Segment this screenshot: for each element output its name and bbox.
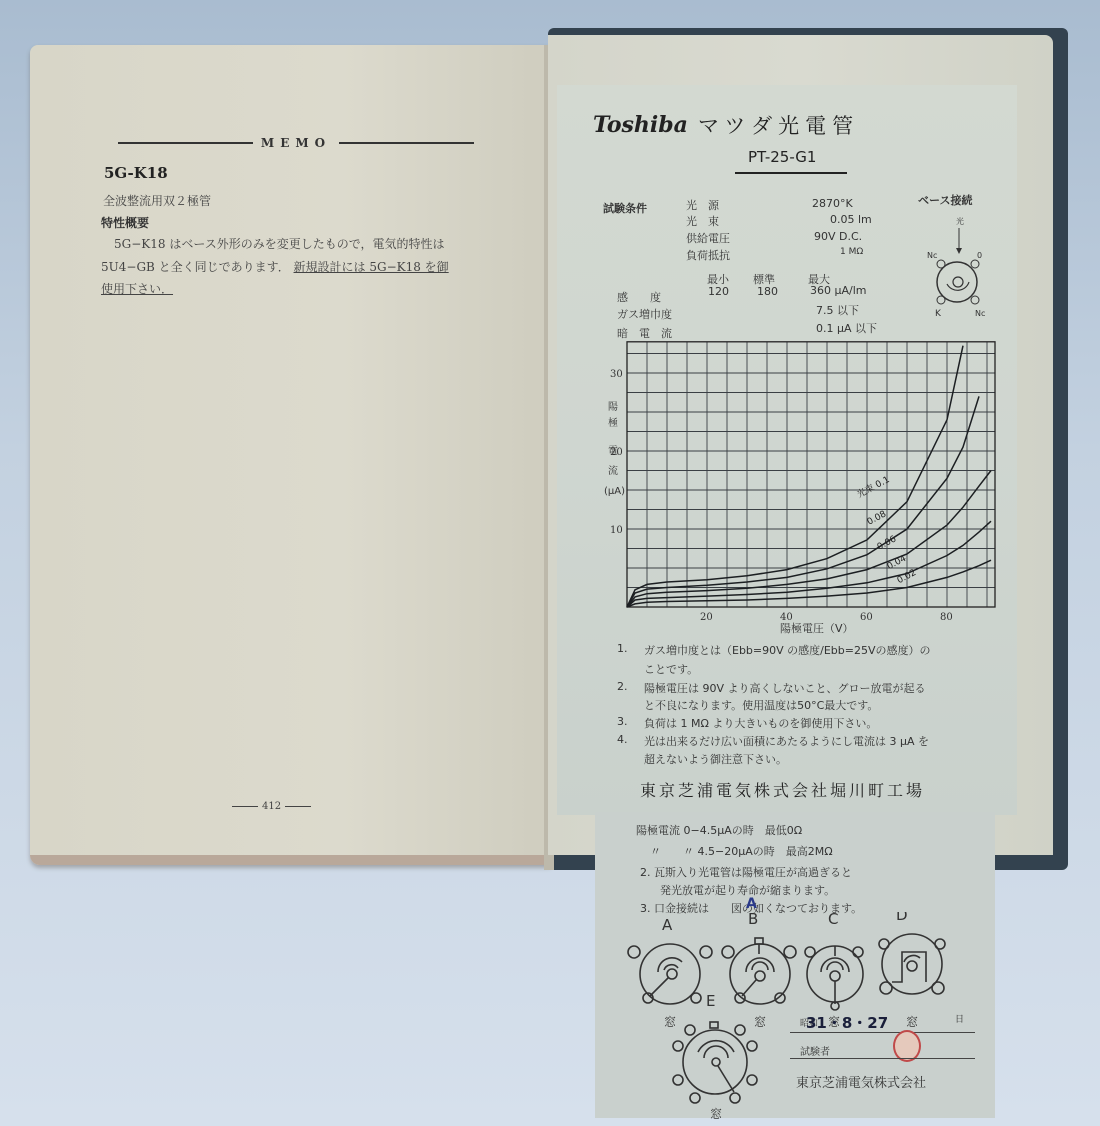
brand-logo: Toshiba — [593, 112, 688, 138]
spec-max: 0.1 μA 以下 — [816, 320, 877, 336]
spec-label: 感 度 — [617, 289, 661, 305]
svg-text:Nc: Nc — [975, 309, 985, 318]
chart-grid — [627, 342, 995, 607]
divider — [285, 806, 311, 807]
spec-label: ガス増巾度 — [617, 306, 672, 322]
svg-text:K: K — [935, 309, 942, 319]
svg-text:光: 光 — [956, 216, 964, 226]
slip-text: 〃 〃 4.5−20μAの時 最高2MΩ — [650, 843, 833, 859]
note-text: ガス増巾度とは（Ebb=90V の感度/Ebb=25Vの感度）の — [644, 642, 931, 658]
page-number: 412 — [232, 801, 311, 812]
note-number: 1. — [617, 642, 628, 655]
condition-value: 90V D.C. — [814, 230, 862, 243]
divider — [339, 142, 474, 144]
divider — [790, 1032, 975, 1033]
body-text: 5U4−GB と全く同じであります． 新規設計には 5G−K18 を御 — [101, 258, 449, 275]
condition-label: 光 束 — [686, 213, 719, 229]
characteristic-chart: 光束 0.10.080.060.040.02 20406080102030 陽極… — [600, 340, 1020, 640]
divider — [735, 172, 847, 174]
svg-text:0: 0 — [977, 251, 982, 260]
date-suffix: 日 — [955, 1012, 964, 1025]
note-text: 光は出来るだけ広い面積にあたるようにし電流は 3 μA を — [644, 733, 929, 749]
condition-label: 光 源 — [686, 197, 719, 213]
svg-text:窓: 窓 — [664, 1015, 676, 1029]
note-number: 3. — [617, 715, 628, 728]
svg-text:Nc: Nc — [927, 251, 937, 260]
svg-text:20: 20 — [700, 612, 713, 623]
spec-std: 180 — [757, 285, 778, 298]
slip-company: 東京芝浦電気株式会社 — [796, 1072, 926, 1091]
subheading: 特性概要 — [101, 214, 149, 231]
svg-text:窓: 窓 — [710, 1107, 722, 1121]
condition-value: 0.05 lm — [830, 213, 872, 226]
body-text-underlined: 新規設計には 5G−K18 を御 — [294, 260, 449, 274]
note-text: と不良になります。使用温度は50°C最大です。 — [644, 697, 878, 713]
note-text: 負荷は 1 MΩ より大きいものを御使用下さい。 — [644, 715, 877, 731]
section-title: MEMO — [261, 136, 331, 150]
condition-value: 1 MΩ — [840, 247, 863, 257]
svg-text:窓: 窓 — [906, 1015, 918, 1029]
tube-model: 5G-K18 — [104, 164, 168, 182]
svg-text:0.08: 0.08 — [866, 509, 889, 527]
tester-label: 試験者 — [800, 1043, 830, 1058]
product-name: マツダ光電管 — [698, 110, 859, 140]
body-text-plain: 5U4−GB と全く同じであります． — [101, 260, 290, 274]
svg-text:E: E — [706, 992, 715, 1010]
body-text-underlined: 使用下さい． — [101, 280, 173, 297]
divider — [118, 142, 253, 144]
body-text: 5G−K18 はベース外形のみを変更したもので，電気的特性は — [114, 235, 445, 252]
condition-label: 供給電圧 — [686, 230, 730, 246]
product-model: PT-25-G1 — [748, 148, 816, 166]
spec-label: 暗 電 流 — [617, 325, 672, 341]
base-connection-diagram-icon: 光 Nc 0 K Nc — [925, 212, 995, 320]
slip-text: 2. 瓦斯入り光電管は陽極電圧が高過ぎると — [640, 864, 852, 880]
note-text: ことです。 — [644, 661, 698, 677]
svg-text:0.04: 0.04 — [886, 554, 909, 572]
factory-name: 東京芝浦電気株式会社堀川町工場 — [640, 778, 925, 801]
svg-text:80: 80 — [940, 612, 953, 623]
tube-description: 全波整流用双２極管 — [103, 192, 211, 209]
note-number: 2. — [617, 680, 628, 693]
svg-text:A: A — [662, 916, 673, 934]
condition-value: 2870°K — [812, 197, 853, 210]
divider — [790, 1058, 975, 1059]
svg-text:10: 10 — [610, 525, 623, 536]
divider — [232, 806, 258, 807]
note-text: 陽極電圧は 90V より高くしないこと、グロー放電が起る — [644, 680, 926, 696]
base-connection-title: ベース接続 — [918, 192, 972, 208]
page-edge — [30, 855, 550, 865]
svg-text:窓: 窓 — [754, 1015, 766, 1029]
spec-max: 360 μA/lm — [810, 284, 867, 297]
test-date: 31・8・27 — [806, 1012, 888, 1033]
stamped-base-type: A — [746, 896, 757, 912]
x-axis-label: 陽極電圧（V） — [780, 621, 854, 635]
spec-max: 7.5 以下 — [816, 302, 859, 318]
svg-text:30: 30 — [610, 369, 623, 380]
svg-text:C: C — [828, 912, 838, 928]
svg-text:D: D — [896, 912, 908, 924]
spec-min: 120 — [708, 285, 729, 298]
condition-label: 負荷抵抗 — [686, 247, 730, 263]
test-conditions-label: 試験条件 — [603, 200, 647, 216]
memo-header: MEMO — [118, 136, 474, 150]
note-text: 超えないよう御注意下さい。 — [644, 751, 787, 767]
svg-text:B: B — [748, 912, 758, 928]
svg-text:光束 0.1: 光束 0.1 — [855, 473, 892, 500]
page-number-value: 412 — [262, 801, 281, 812]
note-number: 4. — [617, 733, 628, 746]
svg-text:60: 60 — [860, 612, 873, 623]
slip-text: 陽極電流 0−4.5μAの時 最低0Ω — [636, 822, 802, 838]
